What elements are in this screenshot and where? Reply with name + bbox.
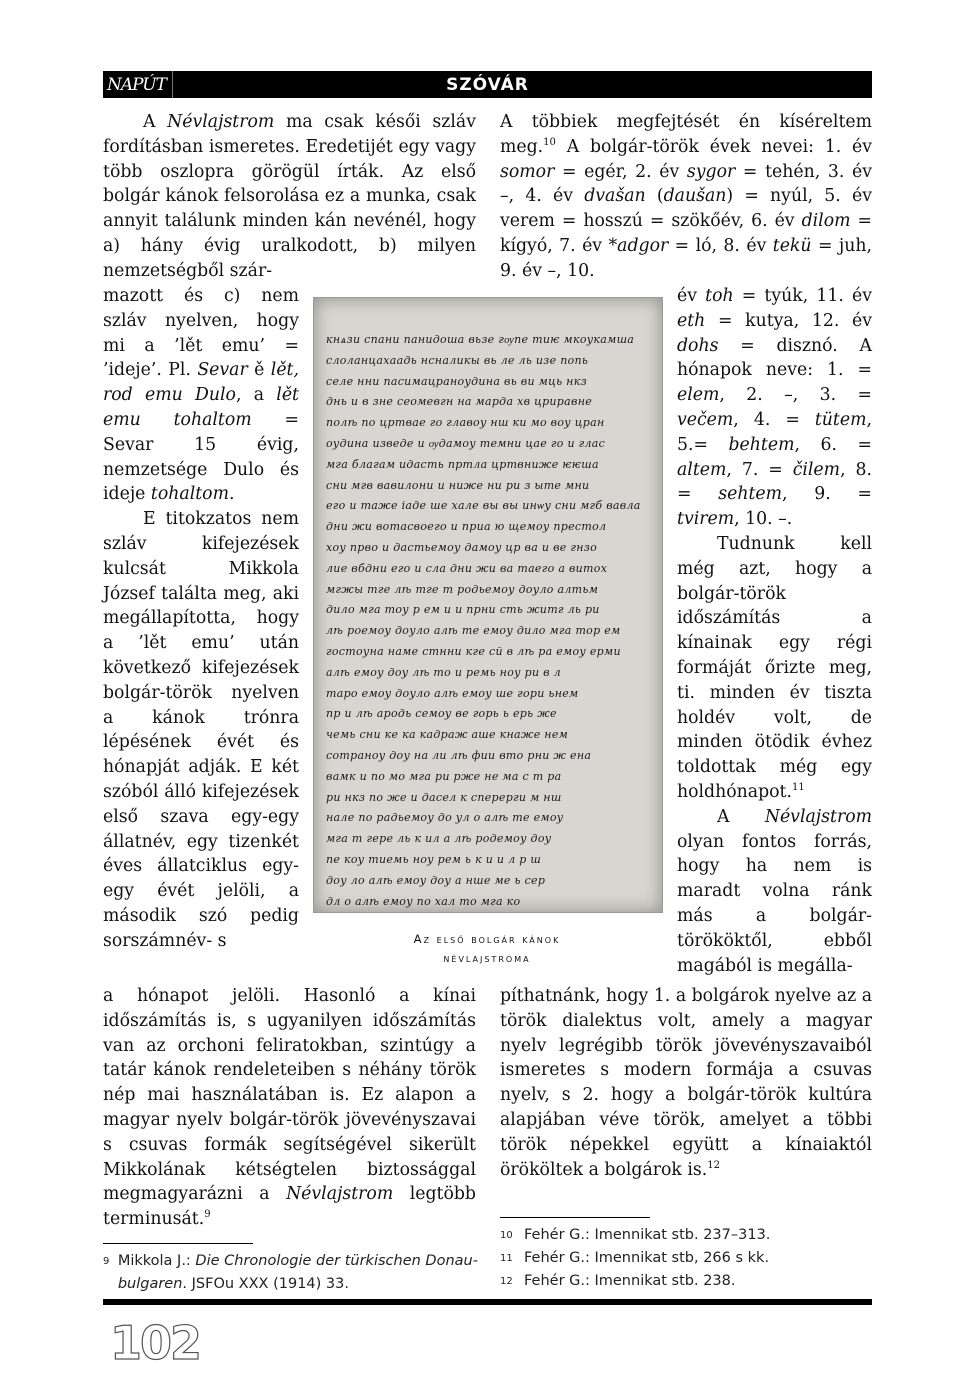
manuscript-line: пе коу тиемь ноу рем ь к и и л р ш <box>314 850 662 871</box>
manuscript-line: мгжы тге лѣ тге т родьемоу доуло алтьм <box>314 580 662 601</box>
footnote: 11Fehér G.: Imennikat stb, 266 s kk. <box>500 1247 872 1270</box>
manuscript-line: мга благам идасть пртла цртвниже ѥѥша <box>314 455 662 476</box>
manuscript-line: мга т гере ль к ил а лѣ родемоу доу <box>314 829 662 850</box>
footnote-number: 9 <box>103 1250 118 1296</box>
footnote-text: Mikkola J.: Die Chronologie der türkisch… <box>118 1250 483 1296</box>
paragraph: A Névlajstrom ma csak késői szláv fordít… <box>103 110 476 284</box>
manuscript-line: чемь сни ке ка кадраж аше кнаже нем <box>314 725 662 746</box>
manuscript-line: оудина изведе и ѹдамоу темни цае го и гл… <box>314 434 662 455</box>
manuscript-line: селе нни пасимацраноудина вь ви мць нкз <box>314 372 662 393</box>
footnote-number: 10 <box>500 1224 524 1247</box>
manuscript-line: лѣ роемоу доуло алѣ те емоу дило мга тор… <box>314 621 662 642</box>
footnotes-left: 9Mikkola J.: Die Chronologie der türkisc… <box>103 1250 483 1296</box>
footnote-number: 12 <box>500 1270 524 1293</box>
manuscript-line: его и таже іаде ше хале вы вы инѡу сни м… <box>314 496 662 517</box>
manuscript-line: таро емоу доуло алѣ емоу ше гори ьнем <box>314 684 662 705</box>
manuscript-line: слоланцахаадь нсналикы вь ле ль изе попь <box>314 351 662 372</box>
page-number: 102 <box>110 1320 200 1366</box>
paragraph: Tudnunk kell még azt, hogy a bolgár-törö… <box>677 532 872 805</box>
manuscript-line: лие вбдни его и сла дни жи ва таего а ви… <box>314 559 662 580</box>
footnote-text: Fehér G.: Imennikat stb. 238. <box>524 1270 736 1293</box>
manuscript-line: вамк и по мо мга ри рже не ма с т ра <box>314 767 662 788</box>
caption-line: Az első bolgár kánok <box>313 930 661 949</box>
footnote-text: Fehér G.: Imennikat stb. 237–313. <box>524 1224 770 1247</box>
running-header: NAPÚT SZÓVÁR <box>103 71 872 98</box>
manuscript-line: дни жи вотасвоего и приа ю щемоу престол <box>314 517 662 538</box>
manuscript-line: полѣ по цртвае го главоу нш ки мо воу цр… <box>314 413 662 434</box>
paragraph-continued: mazott és c) nem szláv nyelven, hogy mi … <box>103 284 299 507</box>
manuscript-line: нале по радьемоу до ул о алѣ те емоу <box>314 808 662 829</box>
manuscript-text: кнѧзи спани панидоша вьзе гѹпе тиѥ мкоук… <box>314 298 662 913</box>
right-column-bottom: píthatnánk, hogy 1. a bolgárok nyelve az… <box>500 984 872 1182</box>
manuscript-line: хоу прво и дастьемоу дамоу цр ва и ве гн… <box>314 538 662 559</box>
manuscript-image: кнѧзи спани панидоша вьзе гѹпе тиѥ мкоук… <box>313 297 663 913</box>
footnote-rule <box>103 1243 253 1244</box>
section-title: SZÓVÁR <box>173 75 872 95</box>
footnote: 12Fehér G.: Imennikat stb. 238. <box>500 1270 872 1293</box>
footnote-rule <box>500 1217 650 1218</box>
left-column-bottom: a hónapot jelöli. Hasonló a kínai időszá… <box>103 984 476 1232</box>
right-column-top: A többiek megfejtését én kíséreltem meg.… <box>500 110 872 284</box>
manuscript-line: дило мга тоу р ем и и прни сть житг ль р… <box>314 600 662 621</box>
footnote-number: 11 <box>500 1247 524 1270</box>
manuscript-line: сни мгв вавилони и ниже ни ри з ыте мни <box>314 476 662 497</box>
left-column-top: A Névlajstrom ma csak késői szláv fordít… <box>103 110 476 284</box>
footnote-text: Fehér G.: Imennikat stb, 266 s kk. <box>524 1247 769 1270</box>
manuscript-line: доу ло алѣ емоу доу а нше ме ь сер <box>314 871 662 892</box>
paragraph-continued: év toh = tyúk, 11. év eth = kutya, 12. é… <box>677 284 872 532</box>
paragraph-continued: píthatnánk, hogy 1. a bolgárok nyelve az… <box>500 984 872 1182</box>
magazine-logo: NAPÚT <box>103 71 173 98</box>
footnote: 9Mikkola J.: Die Chronologie der türkisc… <box>103 1250 483 1296</box>
manuscript-line: сотраноу доу на ли лѣ фии вто рни ж ена <box>314 746 662 767</box>
footnotes-right: 10Fehér G.: Imennikat stb. 237–313.11Feh… <box>500 1224 872 1293</box>
paragraph-continued: a hónapot jelöli. Hasonló a kínai időszá… <box>103 984 476 1232</box>
paragraph: E titokzatos nem szláv kifejezések kulcs… <box>103 507 299 953</box>
figure-caption: Az első bolgár kánok névlajstroma <box>313 930 661 968</box>
left-column-wrap: mazott és c) nem szláv nyelven, hogy mi … <box>103 284 299 954</box>
manuscript-line: гостоуна наме стнни кге сй в лѣ ра емоу … <box>314 642 662 663</box>
bottom-rule <box>103 1299 872 1305</box>
paragraph: A Névlajstrom olyan fontos forrás, hogy … <box>677 805 872 979</box>
manuscript-line: ри нкз по же и дасел к сперерги м нш <box>314 788 662 809</box>
caption-line: névlajstroma <box>313 949 661 968</box>
paragraph: A többiek megfejtését én kíséreltem meg.… <box>500 110 872 284</box>
footnote: 10Fehér G.: Imennikat stb. 237–313. <box>500 1224 872 1247</box>
manuscript-line: ш г лѣ родь е моу во к на алѣ е моу <box>314 912 662 913</box>
manuscript-line: алѣ емоу доу лѣ то и ремь ноу ри в л <box>314 663 662 684</box>
manuscript-line: дл о алѣ емоу по хал то мга ко <box>314 892 662 913</box>
manuscript-line: кнѧзи спани панидоша вьзе гѹпе тиѥ мкоук… <box>314 330 662 351</box>
manuscript-line: днь и в зне сеомевгн на марда хв цриравн… <box>314 392 662 413</box>
right-column-wrap: év toh = tyúk, 11. év eth = kutya, 12. é… <box>677 284 872 978</box>
manuscript-line: пр и лѣ ародь семоу ве горь ь ерь же <box>314 704 662 725</box>
